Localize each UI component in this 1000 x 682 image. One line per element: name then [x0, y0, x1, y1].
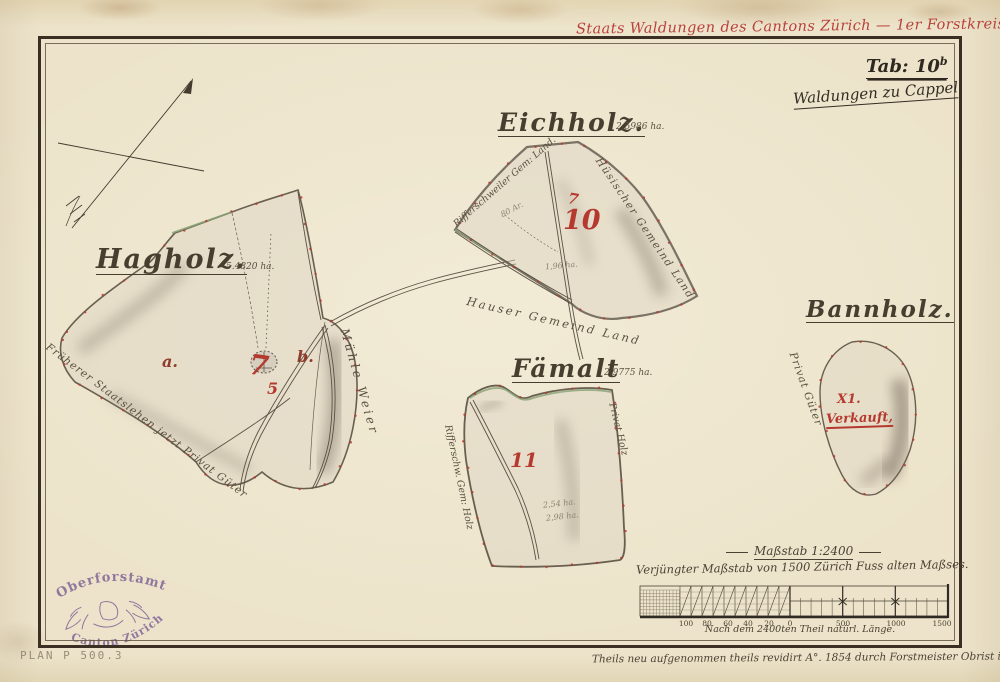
- scale-tick-60: 60: [723, 620, 733, 628]
- hagholz-number-small: 5: [267, 381, 278, 397]
- faemalt-number: 11: [510, 450, 538, 470]
- hagholz-letter-a: a.: [162, 354, 178, 370]
- hagholz-letter-b: b.: [297, 349, 314, 365]
- tab-number-text: Tab: 10: [866, 56, 940, 77]
- scale-tick-1000: 1000: [886, 620, 905, 628]
- bannholz-name-label: Bannholz.: [806, 298, 954, 323]
- faemalt-area-label: 2.9775 ha.: [604, 369, 652, 378]
- bannholz-number: X1.: [837, 393, 861, 406]
- plan-number-pencil-note: PLAN P 500.3: [20, 649, 123, 662]
- scale-title-dash-left: [726, 552, 748, 553]
- scale-title-dash-right: [859, 552, 881, 553]
- scale-tick-0: 0: [788, 620, 793, 628]
- scale-title: Maßstab 1:2400: [754, 544, 853, 560]
- scanned-forest-map-page: { "title": { "red_header": "Staats Waldu…: [0, 0, 1000, 682]
- scale-tick-80: 80: [702, 620, 712, 628]
- hagholz-number: 7: [247, 351, 270, 381]
- scale-tick-20: 20: [764, 620, 774, 628]
- scale-tick-500: 500: [836, 620, 850, 628]
- eichholz-number: 10: [563, 207, 601, 234]
- tab-number: Tab: 10b: [866, 56, 948, 79]
- tab-number-superscript: b: [940, 55, 948, 68]
- scale-tick-40: 40: [743, 620, 753, 628]
- hagholz-area-label: 5.4820 ha.: [226, 263, 274, 272]
- eichholz-area-label: 2.5986 ha.: [616, 123, 664, 132]
- scale-tick-1500: 1500: [932, 620, 951, 628]
- hagholz-name-label: Hagholz.: [96, 246, 247, 275]
- bannholz-verkauft-note: Verkauft,: [826, 411, 894, 429]
- scale-tick-100: 100: [679, 620, 693, 628]
